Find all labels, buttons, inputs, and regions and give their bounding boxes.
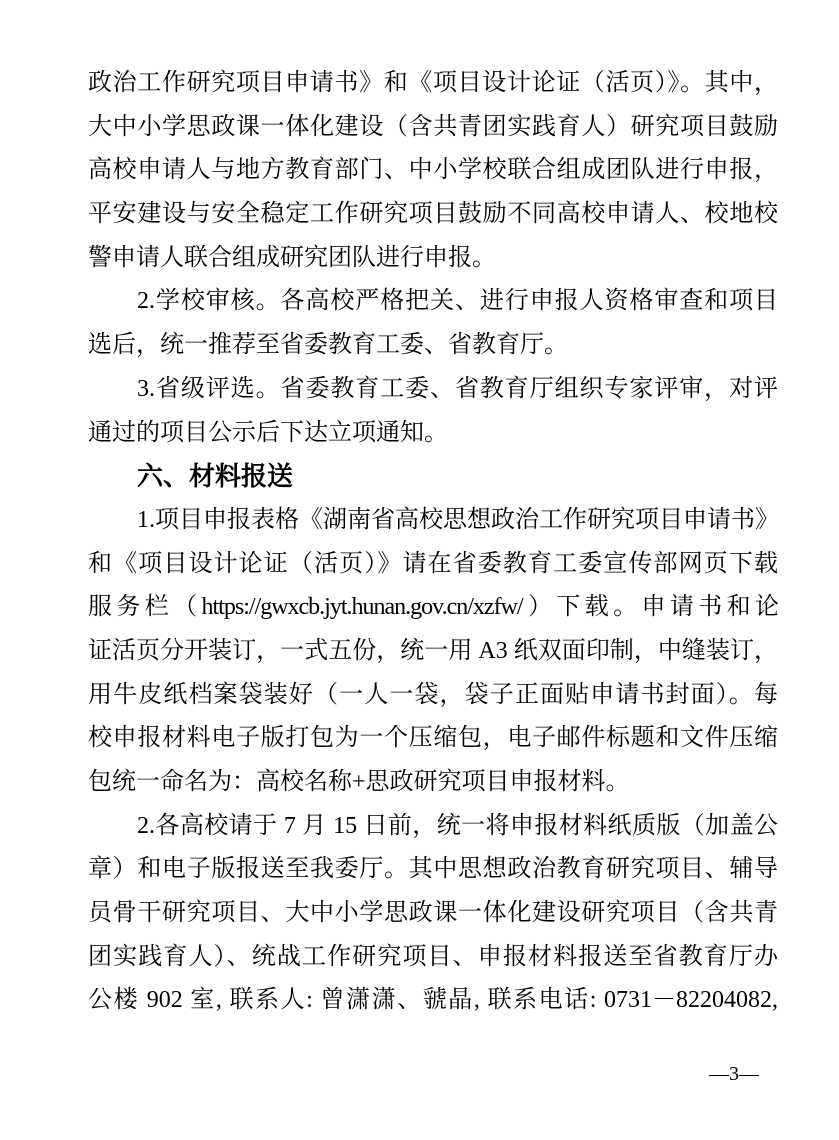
text-line: 2.各高校请于 7 月 15 日前，统一将申报材料纸质版（加盖公 — [88, 805, 778, 849]
text-line: 2.学校审核。各高校严格把关、进行申报人资格审查和项目遴 — [88, 280, 778, 324]
text-line: 平安建设与安全稳定工作研究项目鼓励不同高校申请人、校地校 — [88, 193, 778, 237]
text-line: 选后，统一推荐至省委教育工委、省教育厅。 — [88, 324, 778, 368]
text-line: 用牛皮纸档案袋装好（一人一袋，袋子正面贴申请书封面）。每 — [88, 674, 778, 718]
text-line: 证活页分开装订，一式五份，统一用 A3 纸双面印制，中缝装订， — [88, 630, 778, 674]
text-line: 通过的项目公示后下达立项通知。 — [88, 412, 778, 456]
text-line: 服务栏（https://gwxcb.jyt.hunan.gov.cn/xzfw/… — [88, 586, 778, 630]
section-heading: 六、材料报送 — [88, 455, 778, 499]
text-line: 校申报材料电子版打包为一个压缩包，电子邮件标题和文件压缩 — [88, 717, 778, 761]
document-body: 政治工作研究项目申请书》和《项目设计论证（活页）》。其中，大中小学思政课一体化建… — [88, 62, 778, 1023]
text-line: 高校申请人与地方教育部门、中小学校联合组成团队进行申报， — [88, 149, 778, 193]
document-page: 政治工作研究项目申请书》和《项目设计论证（活页）》。其中，大中小学思政课一体化建… — [0, 0, 839, 1140]
text-line: 包统一命名为：高校名称+思政研究项目申报材料。 — [88, 761, 778, 805]
text-line: 政治工作研究项目申请书》和《项目设计论证（活页）》。其中， — [88, 62, 778, 106]
text-line: 大中小学思政课一体化建设（含共青团实践育人）研究项目鼓励 — [88, 106, 778, 150]
text-line: 和《项目设计论证（活页）》请在省委教育工委宣传部网页下载 — [88, 543, 778, 587]
text-line: 团实践育人）、统战工作研究项目、申报材料报送至省教育厅办 — [88, 936, 778, 980]
text-line: 3.省级评选。省委教育工委、省教育厅组织专家评审，对评审 — [88, 368, 778, 412]
text-line: 员骨干研究项目、大中小学思政课一体化建设研究项目（含共青 — [88, 892, 778, 936]
text-line: 1.项目申报表格《湖南省高校思想政治工作研究项目申请书》 — [88, 499, 778, 543]
page-number: —3— — [709, 1062, 759, 1086]
text-line: 警申请人联合组成研究团队进行申报。 — [88, 237, 778, 281]
text-line: 公楼 902 室, 联系人: 曾潇潇、虢晶, 联系电话: 0731－822040… — [88, 979, 778, 1023]
text-line: 章）和电子版报送至我委厅。其中思想政治教育研究项目、辅导 — [88, 848, 778, 892]
